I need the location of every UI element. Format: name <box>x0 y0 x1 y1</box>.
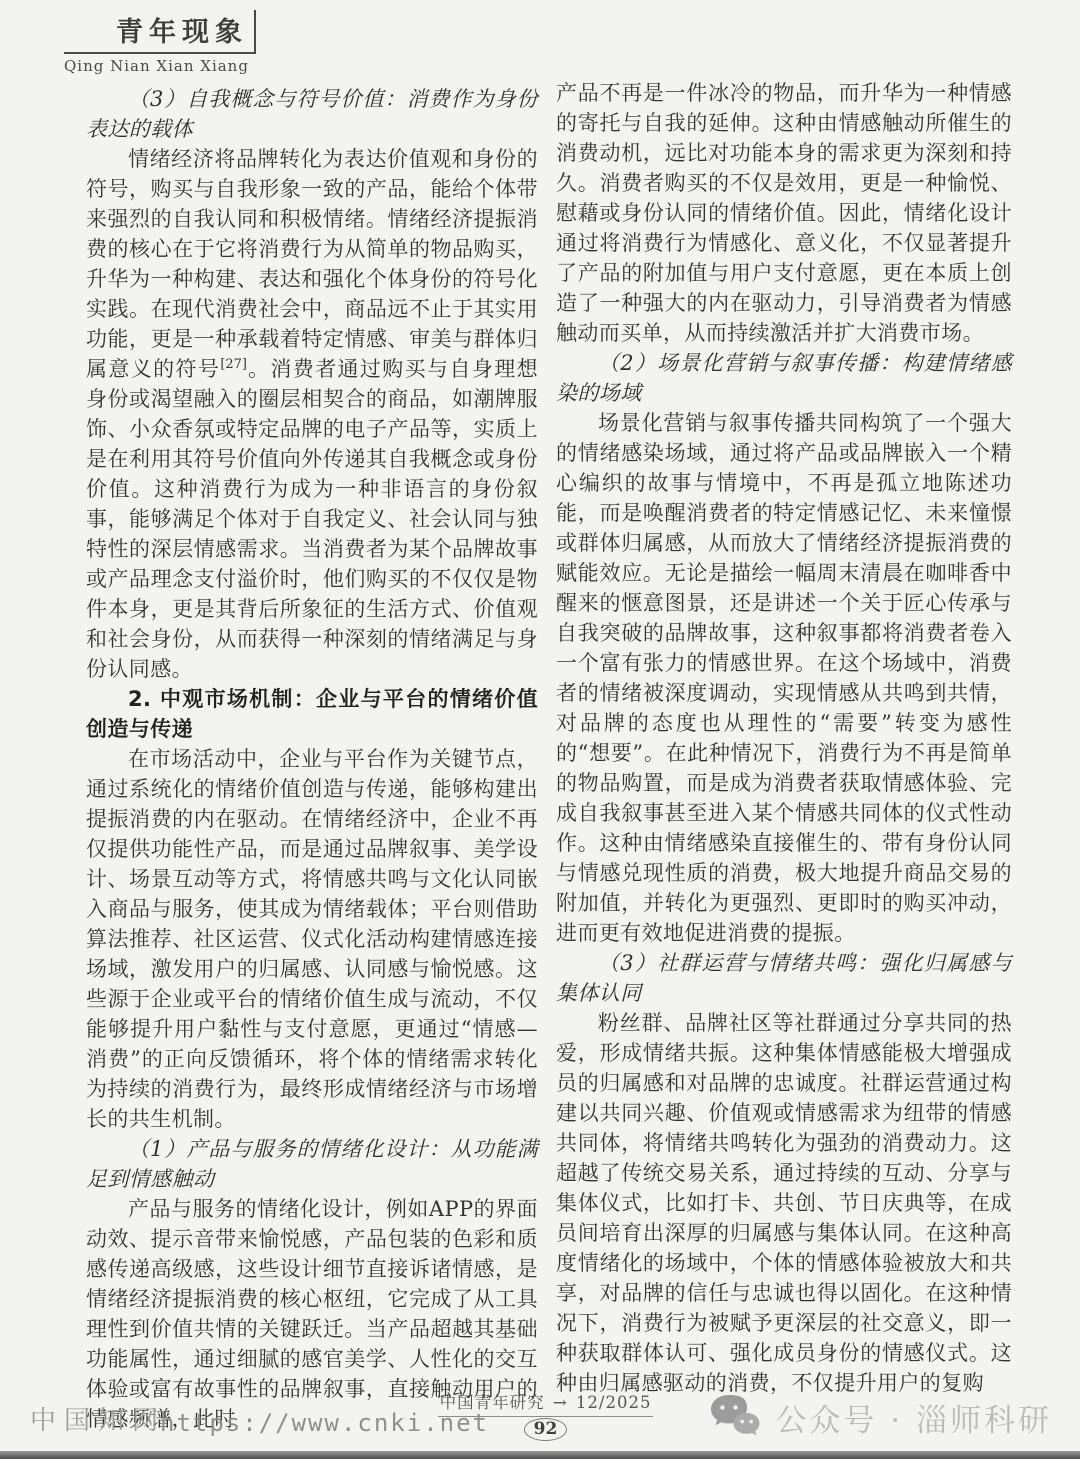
left-column: （3）自我概念与符号价值：消费作为身份表达的载体 情绪经济将品牌转化为表达价值观… <box>86 84 538 1434</box>
column-title-pinyin: Qing Nian Xian Xiang <box>64 57 249 75</box>
paragraph-market-mechanism: 在市场活动中，企业与平台作为关键节点，通过系统化的情绪价值创造与传递，能够构建出… <box>86 744 538 1134</box>
paragraph-symbolic-value: 情绪经济将品牌转化为表达价值观和身份的符号，购买与自我形象一致的产品，能给个体带… <box>86 144 538 684</box>
paragraph-text: 。消费者通过购买与自身理想身份或渴望融入的圈层相契合的商品，如潮牌服饰、小众香氛… <box>86 357 538 681</box>
scan-edge-strip <box>0 1451 1080 1459</box>
column-title: 青年现象 <box>64 10 256 54</box>
page-number: 92 <box>524 1418 568 1441</box>
journal-name: 中国青年研究 <box>440 1393 545 1412</box>
arrow-icon: → <box>551 1393 570 1412</box>
cnki-watermark: 中国知网 <box>30 1400 166 1437</box>
paragraph-emotional-design-continued: 产品不再是一件冰冷的物品，而升华为一种情感的寄托与自我的延伸。这种由情感触动所催… <box>556 78 1012 348</box>
subsection-heading-3-symbolic-value: （3）自我概念与符号价值：消费作为身份表达的载体 <box>86 84 538 144</box>
subsection-heading-2-scene-marketing: （2）场景化营销与叙事传播：构建情绪感染的场域 <box>556 348 1012 408</box>
column-header: 青年现象 Qing Nian Xian Xiang <box>64 10 256 75</box>
paragraph-community: 粉丝群、品牌社区等社群通过分享共同的热爱，形成情绪共振。这种集体情感能极大增强成… <box>556 1008 1012 1398</box>
section-heading-2-market-mechanism: 2. 中观市场机制：企业与平台的情绪价值创造与传递 <box>86 684 538 744</box>
right-column: 产品不再是一件冰冷的物品，而升华为一种情感的寄托与自我的延伸。这种由情感触动所催… <box>556 78 1012 1398</box>
paragraph-text: 情绪经济将品牌转化为表达价值观和身份的符号，购买与自我形象一致的产品，能给个体带… <box>86 147 538 381</box>
wechat-watermark: 公众号 · 淄师科研 <box>709 1393 1052 1441</box>
wechat-icon <box>709 1393 761 1441</box>
citation-ref-27: [27] <box>220 357 247 372</box>
journal-issue: 12/2025 <box>576 1393 652 1412</box>
paragraph-scene-marketing: 场景化营销与叙事传播共同构筑了一个强大的情绪感染场域，通过将产品或品牌嵌入一个精… <box>556 408 1012 948</box>
page-footer: 中国知网 https://www.cnki.net 中国青年研究 → 12/20… <box>0 1364 1080 1459</box>
subsection-heading-1-emotional-design: （1）产品与服务的情绪化设计：从功能满足到情感触动 <box>86 1134 538 1194</box>
wechat-account-label: 公众号 · 淄师科研 <box>775 1395 1052 1440</box>
journal-info: 中国青年研究 → 12/2025 92 <box>438 1389 653 1441</box>
subsection-heading-3-community: （3）社群运营与情绪共鸣：强化归属感与集体认同 <box>556 948 1012 1008</box>
